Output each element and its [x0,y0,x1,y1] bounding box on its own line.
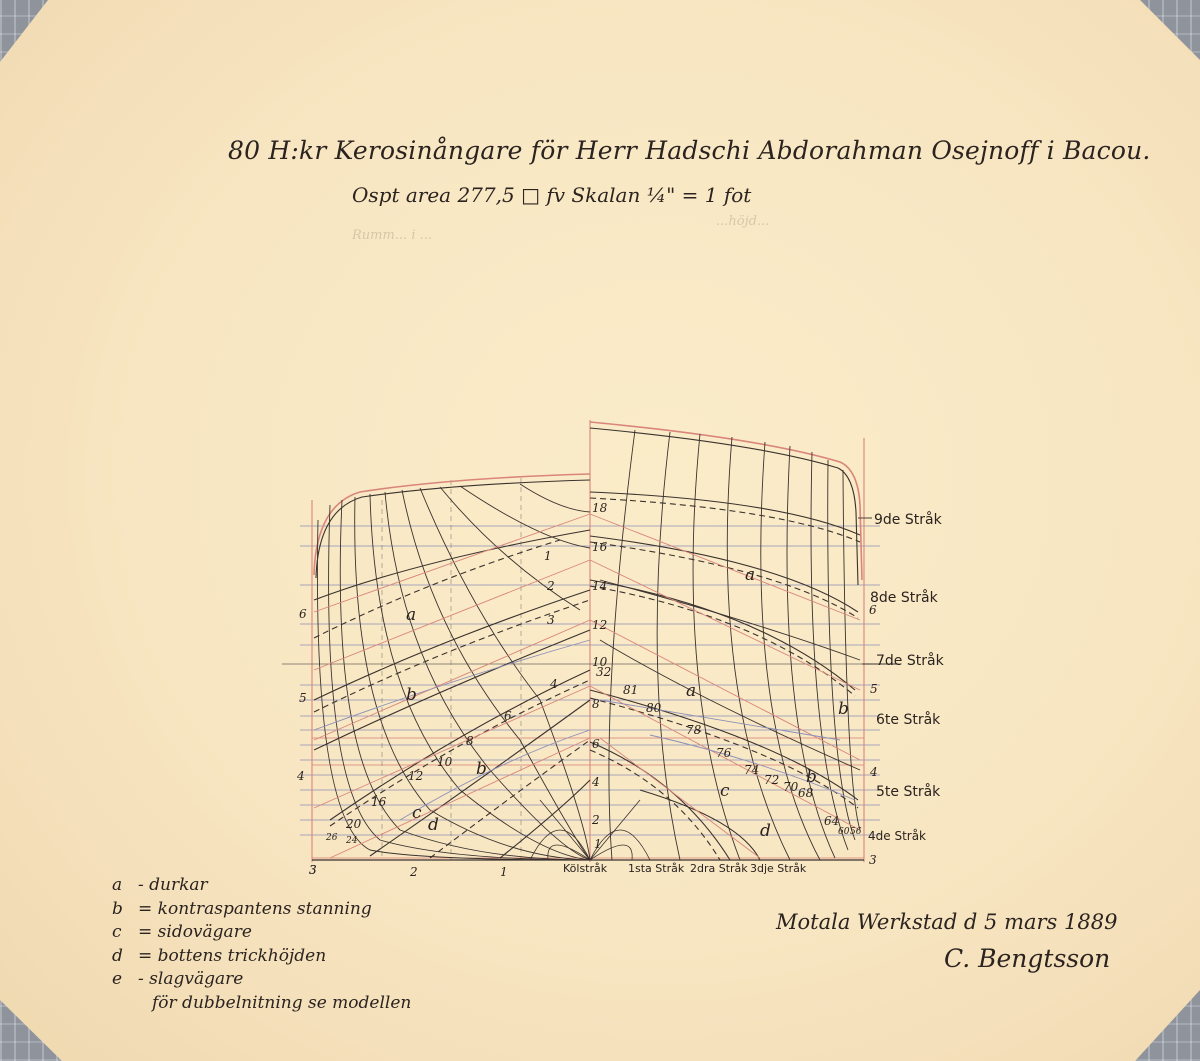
frame-num-16: 16 [371,795,387,809]
bottom-label-keel: Kölstråk [563,862,608,875]
frame-num-76: 76 [716,746,732,760]
mark-c-left: c [412,803,422,823]
frame-num-78: 78 [686,723,702,737]
left-num-5: 5 [299,691,307,705]
left-num-4: 4 [296,769,305,783]
center-num-32: 32 [596,665,611,679]
center-num-18: 18 [592,501,608,515]
center-num-16: 16 [592,540,608,554]
bottom-label-1: 1sta Stråk [628,862,685,875]
place-and-date: Motala Werkstad d 5 mars 1889 [776,910,1117,934]
frame-num-70: 70 [783,780,799,794]
mark-a-right: a [686,681,696,701]
legend-row-c: c= sidovägare [112,921,411,945]
strake-label-4: 4de Stråk [868,829,926,843]
frame-curves-left [317,484,590,860]
frame-num-68: 68 [798,786,814,800]
frame-num-1: 1 [544,549,552,563]
frame-num-8: 8 [466,734,474,748]
frame-num-6: 6 [504,709,512,723]
right-num-4: 4 [869,765,878,779]
legend-row-a: a- durkar [112,874,411,898]
legend: a- durkar b= kontraspantens stanning c= … [112,874,411,1015]
frame-num-60: 60 [838,827,850,837]
center-num-12: 12 [592,618,607,632]
frame-num-10: 10 [437,755,453,769]
center-num-2: 2 [591,813,600,827]
strake-label-8: 8de Stråk [870,589,939,606]
bottom-label-3: 3dje Stråk [750,862,807,875]
center-num-4: 4 [591,775,600,789]
frame-num-26: 26 [325,833,338,843]
buttock-lines [382,478,521,860]
mark-a-right-upper: a [745,565,755,585]
frame-num-81: 81 [623,683,638,697]
bottom-label-2: 2dra Stråk [690,862,748,875]
strake-label-5: 5te Stråk [876,783,941,800]
frame-num-64: 64 [824,814,839,828]
frame-num-4: 4 [549,677,558,691]
center-num-1: 1 [594,837,602,851]
signature: C. Bengtsson [944,944,1110,973]
strake-label-6: 6te Stråk [876,711,941,728]
mark-d-right: d [760,821,771,841]
mark-b-right-2: b [806,767,817,787]
mark-c-right: c [720,781,730,801]
frame-num-12: 12 [408,769,423,783]
mark-a-left: a [406,605,416,625]
center-num-8: 8 [592,697,600,711]
left-num-6: 6 [299,607,307,621]
right-num-5: 5 [870,682,878,696]
frame-num-24: 24 [345,836,358,846]
mark-b-right-1: b [838,699,849,719]
frame-num-20: 20 [345,817,362,831]
frame-num-56: 56 [850,827,862,837]
frame-num-3: 3 [547,613,555,627]
center-num-6: 6 [592,737,600,751]
frame-num-80: 80 [646,701,662,715]
legend-row-b: b= kontraspantens stanning [112,898,411,922]
mark-b-left-2: b [476,759,487,779]
mark-b-left-1: b [406,685,417,705]
mark-d-left: d [428,815,439,835]
center-num-14: 14 [592,579,607,593]
bottom-num-1: 1 [500,865,508,879]
strake-label-9: 9de Stråk [874,511,943,528]
legend-row-d: d= bottens trickhöjden [112,945,411,969]
frame-num-72: 72 [764,773,779,787]
strake-label-7: 7de Stråk [876,652,945,669]
legend-row-e: e- slagvägare [112,968,411,992]
right-num-3: 3 [869,853,877,867]
legend-note: för dubbelnitning se modellen [112,992,411,1016]
right-num-6: 6 [869,603,877,617]
frame-num-2: 2 [546,579,555,593]
frame-num-74: 74 [744,763,759,777]
